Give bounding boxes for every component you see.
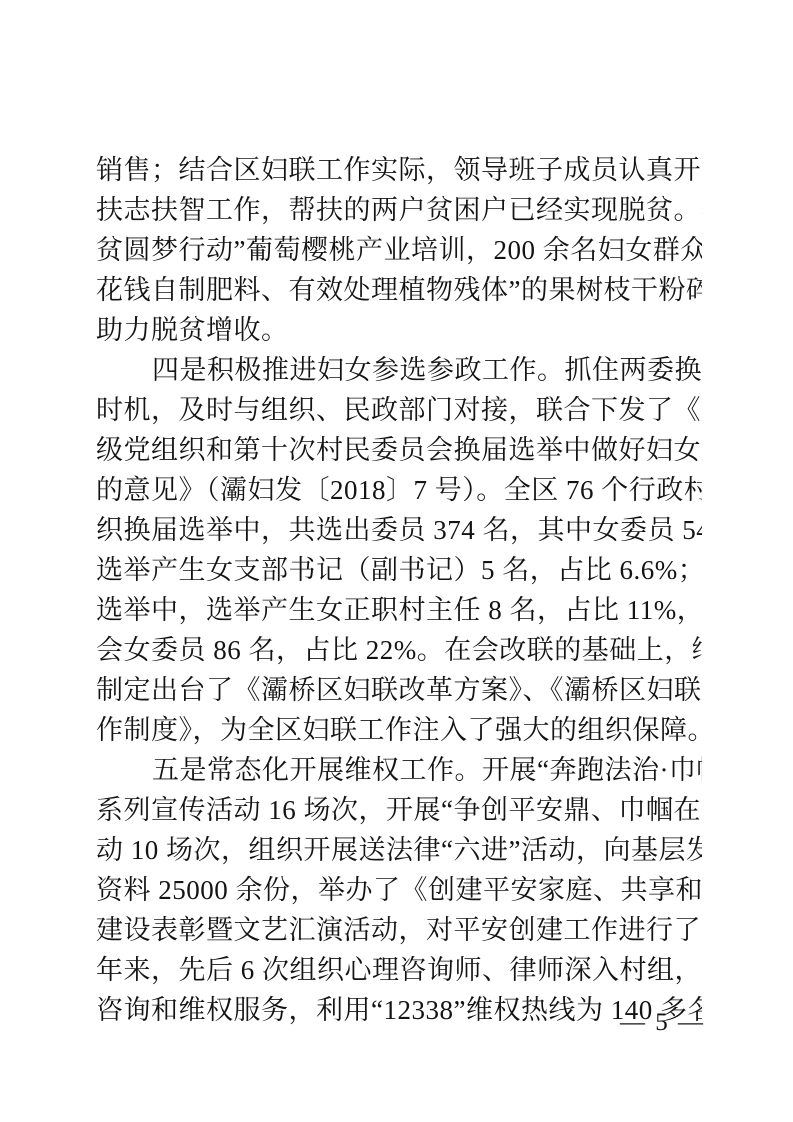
paragraph: 销售；结合区妇联工作实际，领导班子成员认真开展了联户帮扶、扶志扶智工作，帮扶的两… [96, 150, 702, 350]
text-line: 动 10 场次，组织开展送法律“六进”活动，向基层发放各类宣传 [96, 830, 702, 870]
text-line: 四是积极推进妇女参选参政工作。抓住两委换届选举的有利 [96, 350, 702, 390]
text-line: 织换届选举中，共选出委员 374 名，其中女委员 54 名，占 14.4%； [96, 510, 702, 550]
text-line: 咨询和维权服务，利用“12338”维权热线为 140 多名妇女群众提 [96, 990, 702, 1030]
paragraph: 五是常态化开展维权工作。开展“奔跑法治·巾帼在行动”系列宣传活动 16 场次，开… [96, 750, 702, 1030]
text-line: 建设表彰暨文艺汇演活动，对平安创建工作进行了总结表彰。一 [96, 910, 702, 950]
text-line: 五是常态化开展维权工作。开展“奔跑法治·巾帼在行动” [96, 750, 702, 790]
text-line: 销售；结合区妇联工作实际，领导班子成员认真开展了联户帮扶、 [96, 150, 702, 190]
document-page: 销售；结合区妇联工作实际，领导班子成员认真开展了联户帮扶、扶志扶智工作，帮扶的两… [0, 0, 793, 1122]
document-body: 销售；结合区妇联工作实际，领导班子成员认真开展了联户帮扶、扶志扶智工作，帮扶的两… [96, 150, 702, 1030]
text-line: 会女委员 86 名，占比 22%。在会改联的基础上，继续深化改革， [96, 630, 702, 670]
text-line: 系列宣传活动 16 场次，开展“争创平安鼎、巾帼在行动”宣传活 [96, 790, 702, 830]
text-line: 花钱自制肥料、有效处理植物残体”的果树枝干粉碎反应堆技术， [96, 270, 702, 310]
text-line: 级党组织和第十次村民委员会换届选举中做好妇女参选参政工作 [96, 430, 702, 470]
text-line: 作制度》，为全区妇联工作注入了强大的组织保障。 [96, 710, 702, 750]
text-line: 时机，及时与组织、民政部门对接，联合下发了《关于在全区村 [96, 390, 702, 430]
text-line: 资料 25000 余份，举办了《创建平安家庭、共享和美生活》平安 [96, 870, 702, 910]
text-line: 制定出台了《灞桥区妇联改革方案》、《灞桥区妇联兼职副主席工 [96, 670, 702, 710]
text-line: 扶志扶智工作，帮扶的两户贫困户已经实现脱贫。举办“巾帼脱 [96, 190, 702, 230]
text-line: 助力脱贫增收。 [96, 310, 702, 350]
page-number: — 5 — [620, 1008, 705, 1038]
text-line: 选举中，选举产生女正职村主任 8 名，占比 11%，选举产生村委 [96, 590, 702, 630]
text-line: 贫圆梦行动”葡萄樱桃产业培训，200 余名妇女群众掌握了“不 [96, 230, 702, 270]
text-line: 年来，先后 6 次组织心理咨询师、律师深入村组，上门提供心理 [96, 950, 702, 990]
text-line: 选举产生女支部书记（副书记）5 名，占比 6.6%；在村委会换届 [96, 550, 702, 590]
text-line: 的意见》（灞妇发〔2018〕7 号）。全区 76 个行政村，在村级党组 [96, 470, 702, 510]
paragraph: 四是积极推进妇女参选参政工作。抓住两委换届选举的有利时机，及时与组织、民政部门对… [96, 350, 702, 750]
